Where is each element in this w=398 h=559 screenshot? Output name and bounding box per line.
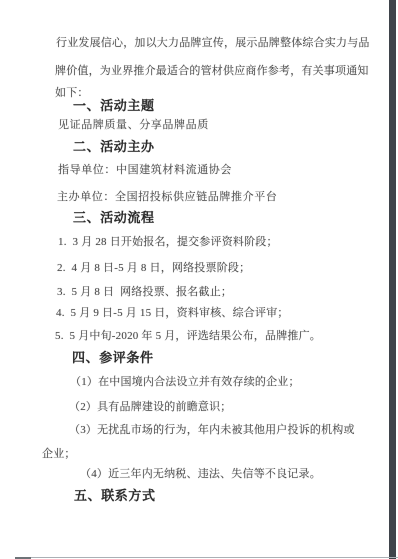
scan-right-edge-bar — [389, 0, 396, 559]
condition-1: （1）在中国境内合法设立并有效存续的企业； — [70, 376, 300, 389]
intro-paragraph-line-1: 行业发展信心，加以大力品牌宣传，展示品牌整体综合实力与品 — [56, 37, 370, 50]
section-heading-conditions: 四、参评条件 — [72, 351, 154, 364]
section-heading-process: 三、活动流程 — [73, 211, 155, 224]
guiding-unit-line: 指导单位：中国建筑材料流通协会 — [58, 164, 232, 177]
condition-4: （4）近三年内无纳税、违法、失信等不良记录。 — [80, 468, 321, 481]
section-heading-organizer: 二、活动主办 — [73, 140, 155, 153]
process-step-1: 1. 3 月 28 日开始报名，提交参评资料阶段； — [58, 236, 278, 249]
process-step-5: 5. 5 月中旬-2020 年 5 月，评选结果公布，品牌推广。 — [55, 330, 321, 343]
process-step-3: 3. 5 月 8 日 网络投票、报名截止； — [57, 286, 232, 299]
condition-2: （2）具有品牌建设的前瞻意识； — [69, 401, 232, 414]
activity-theme-text: 见证品牌质量、分享品牌品质 — [58, 119, 209, 132]
section-heading-activity-theme: 一、活动主题 — [73, 99, 155, 112]
process-step-2: 2. 4 月 8 日-5 月 8 日，网络投票阶段； — [57, 262, 250, 275]
condition-3-line-2: 企业； — [42, 448, 76, 461]
scanned-document-page: 行业发展信心，加以大力品牌宣传，展示品牌整体综合实力与品 牌价值，为业界推介最适… — [0, 0, 398, 559]
condition-3-line-1: （3）无扰乱市场的行为，年内未被其他用户投诉的机构或 — [69, 424, 355, 437]
section-heading-contact: 五、联系方式 — [74, 489, 156, 502]
intro-paragraph-line-2: 牌价值，为业界推介最适合的管材供应商作参考，有关事项通知 — [55, 65, 369, 78]
process-step-4: 4. 5 月 9 日-5 月 15 日，资料审核、综合评审； — [56, 307, 289, 320]
host-unit-line: 主办单位：全国招投标供应链品牌推介平台 — [57, 191, 277, 204]
scan-bottom-edge-line — [15, 557, 398, 558]
